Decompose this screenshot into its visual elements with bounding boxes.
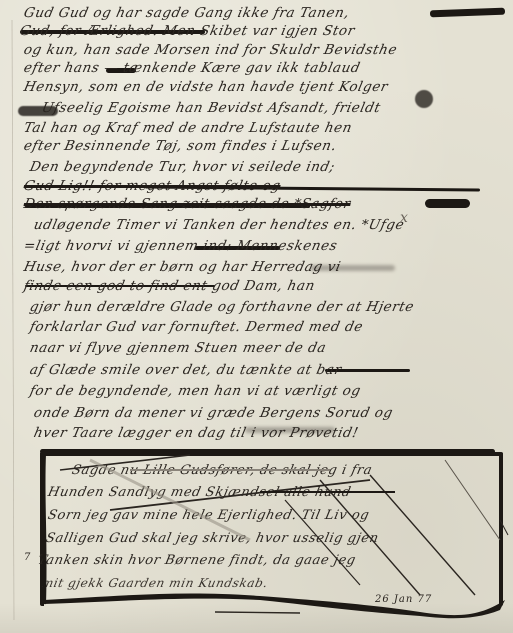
manuscript-line-20: for de begyndende, men han vi at værligt…	[28, 382, 509, 400]
manuscript-line-21: onde Børn da mener vi græde Bergens Soru…	[32, 404, 509, 422]
manuscript-line-19: af Glæde smile over det, du tænkte at ba…	[28, 361, 509, 379]
boxed-line-2: Hunden Sandlyg med Skjændsel alle hund	[46, 484, 509, 502]
manuscript-line-10-struck: Gud Lig!! for meget Angst følte og	[22, 177, 509, 195]
manuscript-line-15: finde een god to find ent god Dam, han	[22, 277, 509, 295]
manuscript-line-8: efter Besinnende Tøj, som findes i Lufse…	[22, 137, 509, 155]
manuscript-line-4: efter hans — tænkende Kære gav ikk tabla…	[22, 59, 509, 77]
boxed-line-4: Salligen Gud skal jeg skrive, hvor ussel…	[44, 530, 509, 548]
manuscript-line-3: og kun, han sade Morsen ind for Skuldr B…	[22, 41, 509, 59]
boxed-line-1: Sagde nu Lille Gudsfører, de skal jeg i …	[70, 462, 509, 480]
manuscript-line-17: forklarlar Gud var fornuftet. Dermed med…	[28, 318, 509, 336]
margin-note-x: x	[400, 210, 408, 226]
manuscript-line-2: Gud, for Ærlighed. Men Skibet var igjen …	[18, 22, 509, 40]
boxed-line-6: mit gjekk Gaarden min Kundskab.	[40, 574, 509, 592]
margin-note-left: 7	[24, 552, 30, 563]
manuscript-line-5: Hensyn, som en de vidste han havde tjent…	[22, 78, 509, 96]
manuscript-line-9: Den begyndende Tur, hvor vi seilede ind;	[28, 158, 509, 176]
manuscript-line-11-struck: Den spørgende Sang zeit saagde de *Sagfo…	[22, 195, 509, 213]
manuscript-line-18: naar vi flyve gjennem Stuen meer de da	[28, 339, 509, 357]
boxed-line-3: Sorn jeg gav mine hele Ejerlighed. Til L…	[46, 507, 509, 525]
boxed-line-5: Tanken skin hvor Børnene findt, da gaae …	[36, 552, 509, 570]
manuscript-line-7: Tal han og Kraf med de andre Lufstaute h…	[22, 119, 509, 137]
manuscript-line-1: Gud Gud og har sagde Gang ikke fra Tanen…	[22, 4, 509, 22]
manuscript-line-12: udløgende Timer vi Tanken der hendtes en…	[32, 216, 509, 234]
manuscript-line-22: hver Taare lægger en dag til i vor Prøve…	[32, 424, 509, 442]
manuscript-line-13: =ligt hvorvi vi gjennem ind: Menneskenes	[22, 237, 509, 255]
manuscript-line-14: Huse, hvor der er børn og har Herredag v…	[22, 258, 509, 276]
manuscript-line-16: gjør hun derældre Glade og forthavne der…	[28, 298, 509, 316]
manuscript-line-6: Ufseelig Egoisme han Bevidst Afsandt, fr…	[40, 99, 509, 117]
manuscript-page: Gud Gud og har sagde Gang ikke fra Tanen…	[0, 0, 513, 633]
manuscript-date: 26 Jan 77	[375, 594, 432, 605]
